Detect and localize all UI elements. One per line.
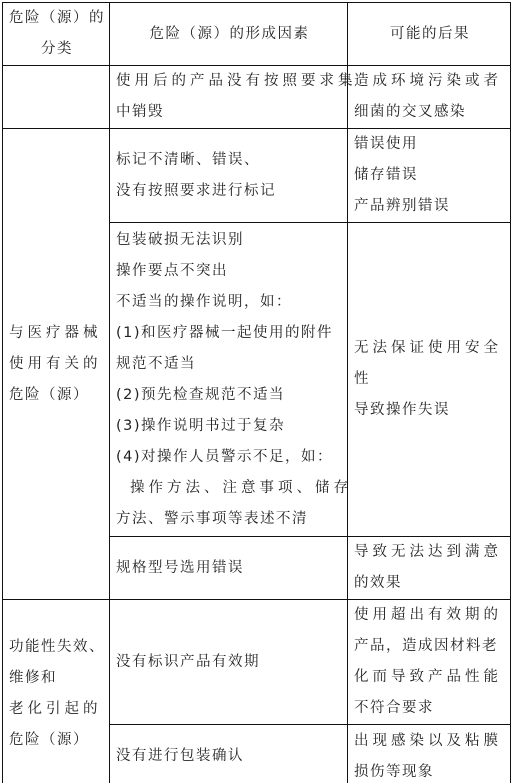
- factors-cell: 没有标识产品有效期: [110, 600, 348, 725]
- factors-cell: 没有进行包装确认: [110, 725, 348, 783]
- consequences-cell: 出现感染以及粘膜 损伤等现象: [348, 725, 511, 783]
- header-category: 危险（源）的 分类: [3, 3, 110, 66]
- category-cell-empty: [3, 66, 110, 129]
- consequences-cell: 使用超出有效期的 产品，造成因材料老 化而导致产品性能 不符合要求: [348, 600, 511, 725]
- header-consequences: 可能的后果: [348, 3, 511, 66]
- table-row: 与医疗器械 使用有关的 危险（源） 标记不清晰、错误、 没有按照要求进行标记 错…: [3, 129, 511, 223]
- factors-cell: 标记不清晰、错误、 没有按照要求进行标记: [110, 129, 348, 223]
- consequences-cell: 造成环境污染或者 细菌的交叉感染: [348, 66, 511, 129]
- category-cell-failure: 功能性失效、 维修和 老化引起的 危险（源）: [3, 600, 110, 783]
- header-factors: 危险（源）的形成因素: [110, 3, 348, 66]
- table-row: 使用后的产品没有按照要求集 中销毁 造成环境污染或者 细菌的交叉感染: [3, 66, 511, 129]
- consequences-cell: 导致无法达到满意 的效果: [348, 537, 511, 600]
- factors-cell: 包装破损无法识别 操作要点不突出 不适当的操作说明，如： (1)和医疗器械一起使…: [110, 223, 348, 537]
- factors-cell: 规格型号选用错误: [110, 537, 348, 600]
- header-row: 危险（源）的 分类 危险（源）的形成因素 可能的后果: [3, 3, 511, 66]
- hazard-table: 危险（源）的 分类 危险（源）的形成因素 可能的后果 使用后的产品没有按照要求集…: [2, 2, 511, 783]
- table-row: 功能性失效、 维修和 老化引起的 危险（源） 没有标识产品有效期 使用超出有效期…: [3, 600, 511, 725]
- factors-cell: 使用后的产品没有按照要求集 中销毁: [110, 66, 348, 129]
- consequences-cell: 错误使用 储存错误 产品辨别错误: [348, 129, 511, 223]
- category-cell-usage: 与医疗器械 使用有关的 危险（源）: [3, 129, 110, 600]
- consequences-cell: 无法保证使用安全 性 导致操作失误: [348, 223, 511, 537]
